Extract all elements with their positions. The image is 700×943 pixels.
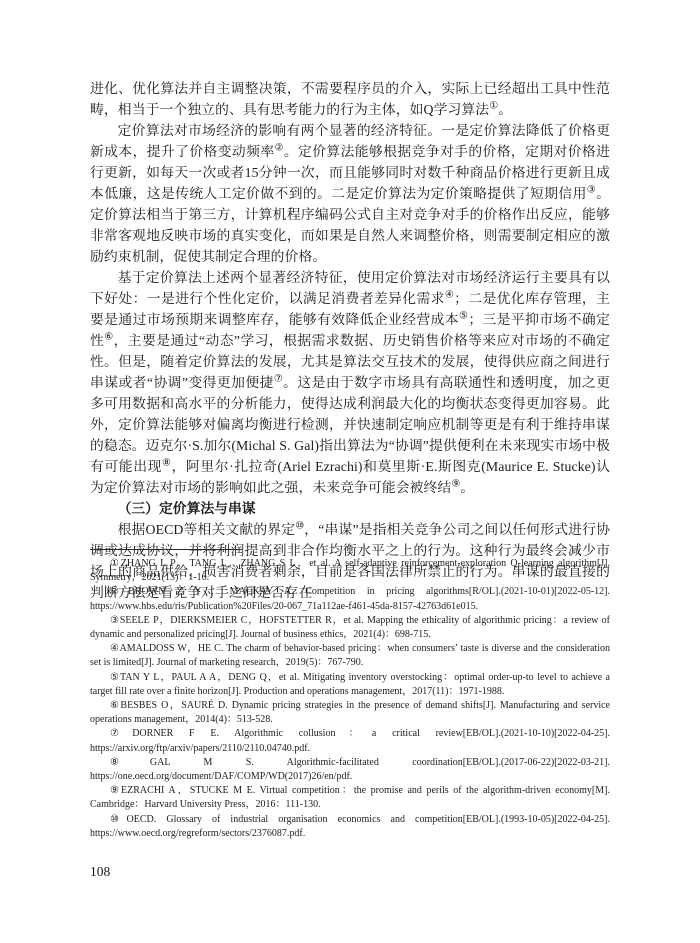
footnote-item: ⑩OECD. Glossary of industrial organisati…	[90, 813, 610, 841]
footnote-item: ④AMALDOSS W，HE C. The charm of behavior-…	[90, 642, 610, 670]
footnote-item: ⑨EZRACHI A，STUCKE M E. Virtual competiti…	[90, 784, 610, 812]
section-heading: （三）定价算法与串谋	[90, 498, 610, 519]
document-page: 进化、优化算法并自主调整决策，不需要程序员的介入，实际上已经超出工具中性范畴，相…	[0, 0, 700, 943]
footnote-item: ⑥BESBES O，SAURÉ D. Dynamic pricing strat…	[90, 699, 610, 727]
footnote-item: ⑤TAN Y L，PAUL A A，DENG Q，et al. Mitigati…	[90, 671, 610, 699]
body-paragraph-pricing-benefits: 基于定价算法上述两个显著经济特征，使用定价算法对市场经济运行主要具有以下好处：一…	[90, 267, 610, 498]
footnote-item: ⑧GAL M S. Algorithmic-facilitated coordi…	[90, 756, 610, 784]
footnote-area: ①ZHANG L P，TANG L，ZHANG S L，et al. A sel…	[90, 549, 610, 841]
body-paragraph-pricing-features: 定价算法对市场经济的影响有两个显著的经济特征。一是定价算法降低了价格更新成本，提…	[90, 120, 610, 267]
page-number: 108	[90, 864, 110, 880]
footnote-item: ⑦DORNER F E. Algorithmic collusion：a cri…	[90, 727, 610, 755]
page-body: 进化、优化算法并自主调整决策，不需要程序员的介入，实际上已经超出工具中性范畴，相…	[90, 78, 610, 603]
footnote-item: ②BROWN Z Y，MACKAY A. Competition in pric…	[90, 585, 610, 613]
body-paragraph-continuation: 进化、优化算法并自主调整决策，不需要程序员的介入，实际上已经超出工具中性范畴，相…	[90, 78, 610, 120]
footnote-separator	[90, 549, 242, 550]
footnote-item: ③SEELE P，DIERKSMEIER C，HOFSTETTER R，et a…	[90, 614, 610, 642]
footnote-item: ①ZHANG L P，TANG L，ZHANG S L，et al. A sel…	[90, 557, 610, 585]
